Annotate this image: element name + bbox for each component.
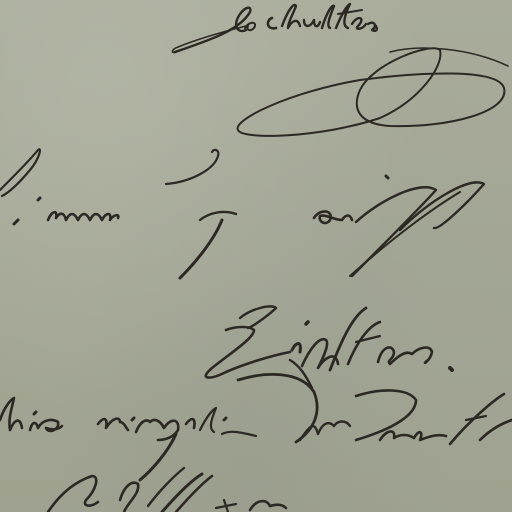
word-eichler bbox=[206, 306, 452, 388]
manuscript-page: Schultes flourish …iumg auf Eichler. …hi… bbox=[0, 0, 512, 512]
word-schultes bbox=[173, 4, 377, 53]
bottom-line-marks bbox=[48, 468, 286, 512]
flourish bbox=[238, 48, 508, 136]
handwriting-strokes bbox=[0, 0, 512, 512]
word-iumg-auf bbox=[0, 149, 484, 278]
word-virgili bbox=[0, 374, 512, 480]
